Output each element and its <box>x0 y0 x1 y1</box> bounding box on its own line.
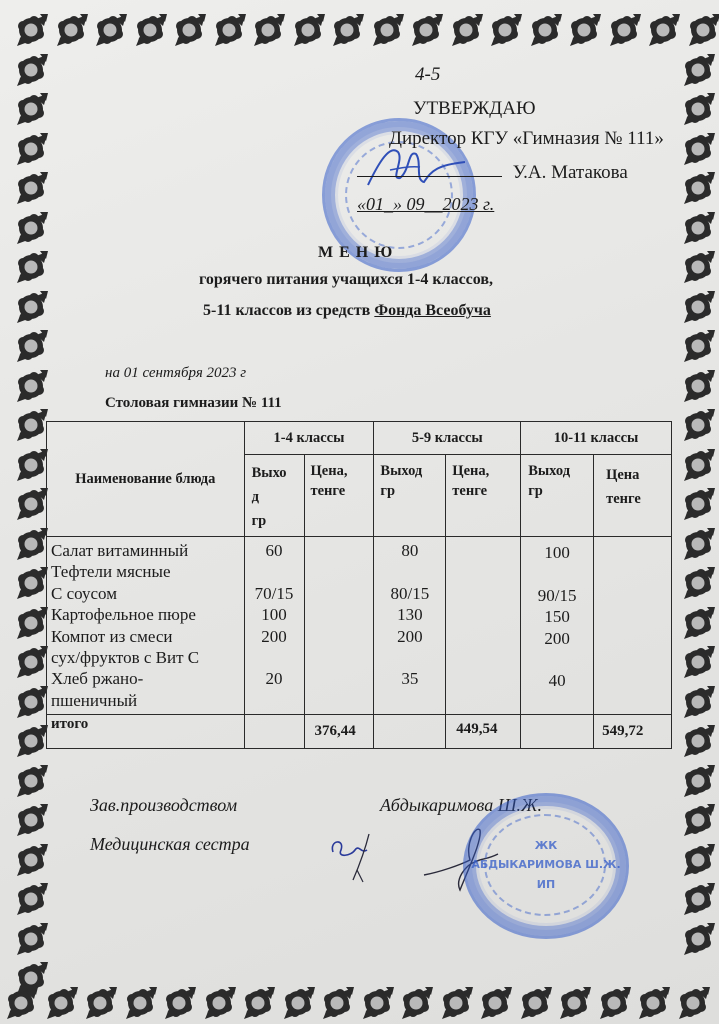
border-ornament-icon <box>14 960 50 996</box>
border-ornament-icon <box>162 985 198 1021</box>
border-ornament-icon <box>14 842 50 878</box>
header-dish-name: Наименование блюда <box>47 422 245 537</box>
border-ornament-icon <box>14 723 50 759</box>
border-ornament-icon <box>281 985 317 1021</box>
page-number: 4-5 <box>415 64 440 86</box>
border-ornament-icon <box>607 12 643 48</box>
border-ornament-icon <box>14 486 50 522</box>
menu-subtitle-line2: 5-11 классов из средств Фонда Всеобуча <box>203 302 491 320</box>
border-ornament-icon <box>488 12 524 48</box>
yield-10-11: 100 90/15 150 200 40 <box>521 537 594 715</box>
border-ornament-icon <box>83 985 119 1021</box>
price-1-4 <box>304 537 374 715</box>
total-label: итого <box>47 715 245 749</box>
approval-position: Директор КГУ «Гимназия № 111» <box>389 128 664 150</box>
border-ornament-icon <box>409 12 445 48</box>
nurse-signature <box>325 830 385 885</box>
border-ornament-icon <box>567 12 603 48</box>
border-ornament-icon <box>518 985 554 1021</box>
border-ornament-icon <box>676 985 712 1021</box>
nurse-label: Медицинская сестра <box>90 834 250 855</box>
border-ornament-icon <box>528 12 564 48</box>
border-ornament-icon <box>681 881 717 917</box>
border-ornament-icon <box>681 210 717 246</box>
border-ornament-icon <box>93 12 129 48</box>
border-ornament-icon <box>14 921 50 957</box>
border-ornament-icon <box>681 802 717 838</box>
border-ornament-icon <box>241 985 277 1021</box>
header-price-10-11: Цена тенге <box>594 455 672 537</box>
border-ornament-icon <box>681 91 717 127</box>
border-ornament-icon <box>14 249 50 285</box>
border-ornament-icon <box>681 407 717 443</box>
border-ornament-icon <box>681 170 717 206</box>
border-ornament-icon <box>681 921 717 957</box>
border-ornament-icon <box>681 368 717 404</box>
border-ornament-icon <box>14 210 50 246</box>
table-row-total: итого 376,44 449,54 549,72 <box>47 715 672 749</box>
border-ornament-icon <box>251 12 287 48</box>
border-ornament-icon <box>646 12 682 48</box>
border-ornament-icon <box>636 985 672 1021</box>
fund-name: Фонда Всеобуча <box>374 302 491 319</box>
border-ornament-icon <box>399 985 435 1021</box>
border-ornament-icon <box>14 368 50 404</box>
border-ornament-icon <box>681 249 717 285</box>
border-ornament-icon <box>14 407 50 443</box>
border-ornament-icon <box>14 526 50 562</box>
approval-signature-line: У.А. Матакова <box>357 162 628 184</box>
border-ornament-icon <box>14 565 50 601</box>
border-ornament-icon <box>449 12 485 48</box>
border-ornament-icon <box>14 802 50 838</box>
border-ornament-icon <box>202 985 238 1021</box>
border-ornament-icon <box>557 985 593 1021</box>
stamp-entrepreneur: ЖК АБДЫКАРИМОВА Ш.Ж. ИП <box>463 793 629 939</box>
border-ornament-icon <box>681 565 717 601</box>
border-ornament-icon <box>54 12 90 48</box>
border-ornament-icon <box>686 12 719 48</box>
border-ornament-icon <box>14 644 50 680</box>
border-ornament-icon <box>681 526 717 562</box>
border-ornament-icon <box>681 605 717 641</box>
header-group-5-9: 5-9 классы <box>374 422 521 455</box>
border-ornament-icon <box>14 289 50 325</box>
header-price-5-9: Цена, тенге <box>446 455 521 537</box>
canteen-name: Столовая гимназии № 111 <box>105 395 282 412</box>
total-5-9: 449,54 <box>446 715 521 749</box>
table-row-dishes: Салат витаминный Тефтели мясные С соусом… <box>47 537 672 715</box>
table-header-row-1: Наименование блюда 1-4 классы 5-9 классы… <box>47 422 672 455</box>
production-head-label: Зав.производством <box>90 795 237 816</box>
border-ornament-icon <box>14 12 50 48</box>
border-ornament-icon <box>681 131 717 167</box>
yield-1-4: 60 70/15 100 200 20 <box>244 537 304 715</box>
border-ornament-icon <box>681 644 717 680</box>
border-ornament-icon <box>681 447 717 483</box>
border-ornament-icon <box>439 985 475 1021</box>
border-ornament-icon <box>172 12 208 48</box>
border-ornament-icon <box>14 763 50 799</box>
menu-subtitle-line1: горячего питания учащихся 1-4 классов, <box>199 271 493 289</box>
border-ornament-icon <box>14 52 50 88</box>
yield-5-9: 80 80/15 130 200 35 <box>374 537 446 715</box>
border-ornament-icon <box>681 763 717 799</box>
total-1-4: 376,44 <box>304 715 374 749</box>
header-yield-10-11: Выход гр <box>521 455 594 537</box>
border-ornament-icon <box>330 12 366 48</box>
border-ornament-icon <box>681 842 717 878</box>
border-ornament-icon <box>681 684 717 720</box>
border-ornament-icon <box>14 605 50 641</box>
border-ornament-icon <box>291 12 327 48</box>
border-ornament-icon <box>681 723 717 759</box>
menu-date: на 01 сентября 2023 г <box>105 365 246 382</box>
header-yield-5-9: Выход гр <box>374 455 446 537</box>
border-ornament-icon <box>212 12 248 48</box>
border-ornament-icon <box>14 684 50 720</box>
header-yield-1-4: Выхо д гр <box>244 455 304 537</box>
border-ornament-icon <box>320 985 356 1021</box>
border-ornament-icon <box>123 985 159 1021</box>
border-ornament-icon <box>360 985 396 1021</box>
header-group-1-4: 1-4 классы <box>244 422 374 455</box>
border-ornament-icon <box>14 91 50 127</box>
header-price-1-4: Цена, тенге <box>304 455 374 537</box>
border-ornament-icon <box>681 486 717 522</box>
border-ornament-icon <box>478 985 514 1021</box>
menu-title: М Е Н Ю <box>318 244 393 262</box>
border-ornament-icon <box>14 447 50 483</box>
menu-table: Наименование блюда 1-4 классы 5-9 классы… <box>46 421 672 749</box>
border-ornament-icon <box>681 52 717 88</box>
border-ornament-icon <box>681 289 717 325</box>
border-ornament-icon <box>681 328 717 364</box>
document-page: 4-5 УТВЕРЖДАЮ Директор КГУ «Гимназия № 1… <box>0 0 719 1024</box>
price-10-11 <box>594 537 672 715</box>
total-10-11: 549,72 <box>594 715 672 749</box>
border-ornament-icon <box>14 328 50 364</box>
dish-list: Салат витаминный Тефтели мясные С соусом… <box>47 537 245 715</box>
border-ornament-icon <box>14 881 50 917</box>
border-ornament-icon <box>597 985 633 1021</box>
approval-date: «01_» 09__2023 г. <box>357 194 494 215</box>
border-ornament-icon <box>14 131 50 167</box>
price-5-9 <box>446 537 521 715</box>
border-ornament-icon <box>370 12 406 48</box>
header-group-10-11: 10-11 классы <box>521 422 672 455</box>
border-ornament-icon <box>14 170 50 206</box>
director-name: У.А. Матакова <box>513 162 628 183</box>
approval-heading: УТВЕРЖДАЮ <box>413 98 535 120</box>
border-ornament-icon <box>133 12 169 48</box>
